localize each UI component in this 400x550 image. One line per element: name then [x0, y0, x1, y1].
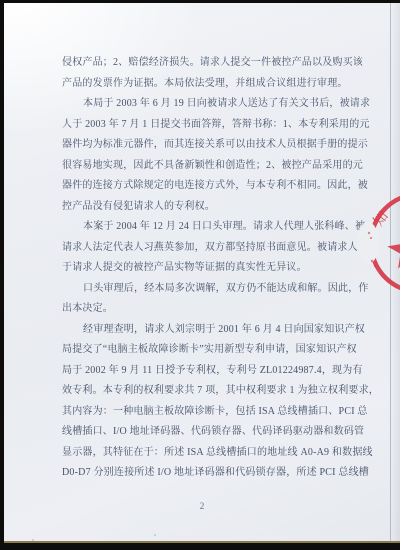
seal-star-icon [387, 229, 400, 268]
text-line: 很容易地实现，因此不具备新颖性和创造性；2、被控产品采用的元 [62, 156, 392, 177]
paper-sheet: 侵权产品；2、赔偿经济损失。请求人提交一件被控产品以及购买该产品的发票作为证据。… [4, 3, 400, 543]
text-line: 局提交了“电脑主板故障诊断卡”实用新型专利申请，国家知识产权 [62, 340, 392, 361]
text-line: 显示器，其特征在于：所述 ISA 总线槽插口的地址线 A0-A9 和数据线 [62, 443, 392, 464]
text-line: 经审理查明，请求人刘宗明于 2001 年 6 月 4 日向国家知识产权 [62, 320, 392, 341]
text-line: 局于 2002 年 9 月 11 日授予专利权，专利号 ZL01224987.4… [62, 361, 392, 382]
text-line: 器件的连接方式除规定的电连接方式外，与本专利不相同。因此，被 [62, 176, 392, 197]
seal-ring-fade [357, 222, 379, 264]
text-line: 器件均为标准元器件，而其连接关系可以由技术人员根据手册的提示 [62, 135, 392, 156]
text-line: 口头审理后，经本局多次调解，双方仍不能达成和解。因此，作 [62, 279, 392, 300]
text-line: 侵权产品；2、赔偿经济损失。请求人提交一件被控产品以及购买该 [62, 53, 392, 74]
text-line: 产品的发票作为证据。本局依法受理，并组成合议组进行审理。 [62, 74, 392, 95]
text-line: 线槽插口、I/O 地址译码器、代码锁存器、代码译码驱动器和数码管 [62, 422, 392, 443]
text-line: 本局于 2003 年 6 月 19 日向被请求人送达了有关文书后，被请求 [62, 94, 392, 115]
official-seal-stamp: 知 [352, 189, 400, 297]
text-line: 本案于 2004 年 12 月 24 日口头审理。请求人代理人张科峰、被 [62, 217, 392, 238]
scanned-page: 侵权产品；2、赔偿经济损失。请求人提交一件被控产品以及购买该产品的发票作为证据。… [0, 0, 400, 550]
text-line: 请求人法定代表人习燕英参加，双方都坚持原书面意见。被请求人对 [62, 238, 392, 259]
text-line: 人于 2003 年 7 月 1 日提交书面答辩，答辩书称：1、本专利采用的元 [62, 115, 392, 136]
text-line: 于请求人提交的被控产品实物等证据的真实性无异议。 [62, 258, 392, 279]
text-line: 出本决定。 [62, 299, 392, 320]
scan-speck [32, 539, 34, 541]
document-body: 侵权产品；2、赔偿经济损失。请求人提交一件被控产品以及购买该产品的发票作为证据。… [62, 53, 392, 484]
text-line: 其内容为：一种电脑主板故障诊断卡，包括 ISA 总线槽插口、PCI 总 [62, 402, 392, 423]
text-line: D0-D7 分别连接所述 I/O 地址译码器和代码锁存器，所述 PCI 总线槽 [62, 463, 392, 484]
scan-speck [154, 534, 156, 536]
text-line: 效专利。本专利的权利要求共 7 项，其中权利要求 1 为独立权利要求， [62, 381, 392, 402]
page-number: 2 [4, 502, 400, 512]
text-line: 控产品没有侵犯请求人的专利权。 [62, 197, 392, 218]
